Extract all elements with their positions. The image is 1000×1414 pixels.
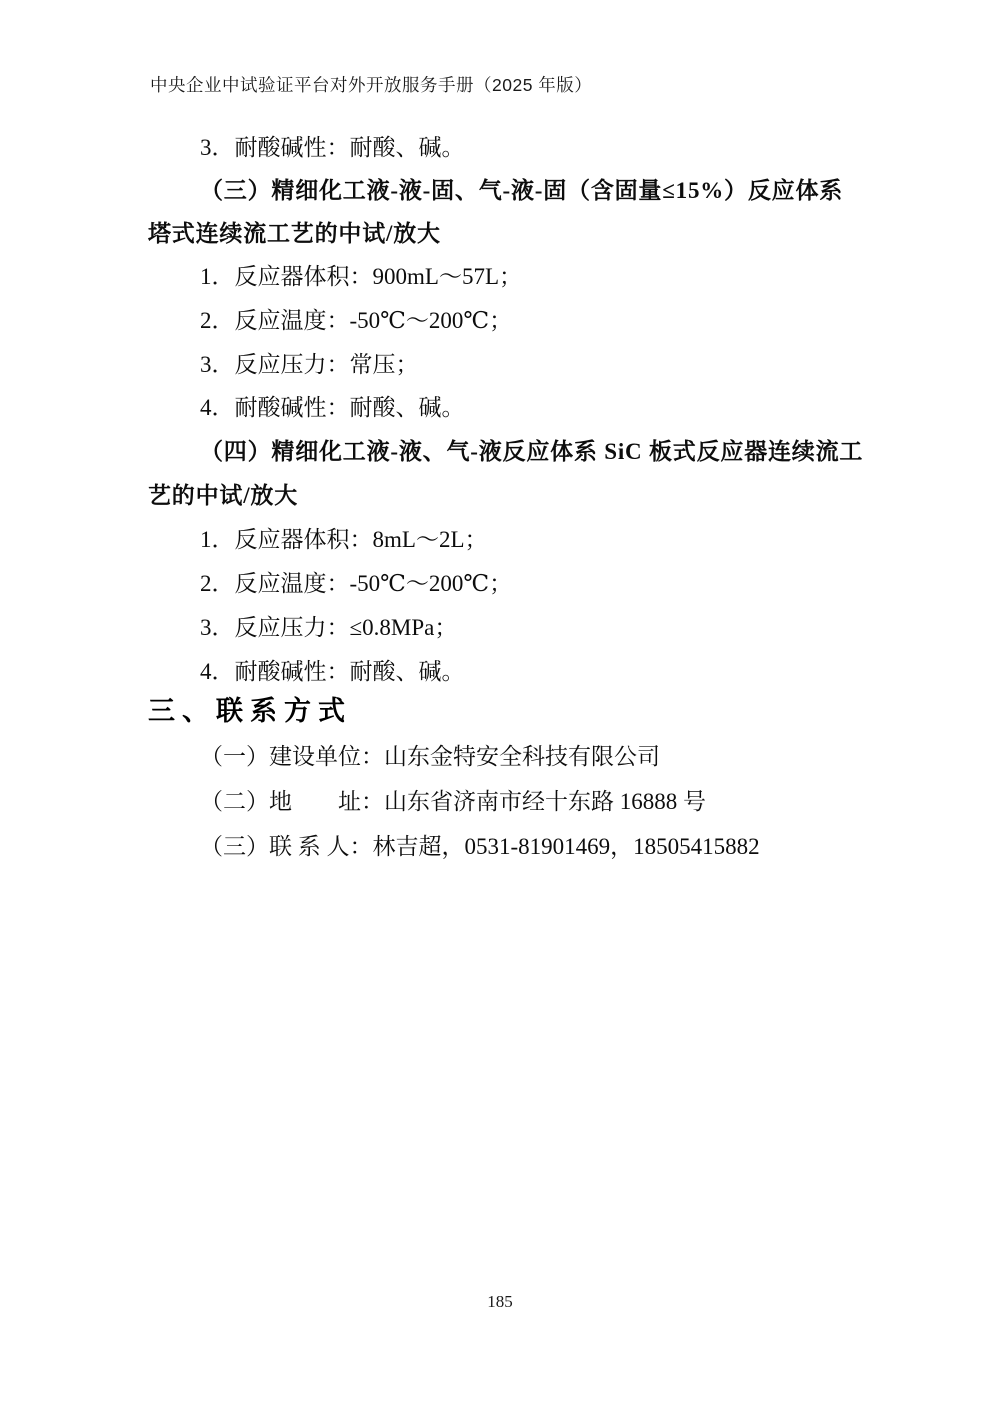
section-3-title-line-2: 塔式连续流工艺的中试/放大 [148, 219, 864, 249]
section-4-spec-item: 4．耐酸碱性：耐酸、碱。 [200, 657, 864, 687]
section-4-spec-item: 2．反应温度：-50℃～200℃； [200, 569, 864, 599]
section-3-spec-item: 3．反应压力：常压； [200, 350, 864, 380]
section-4-title-line-2: 艺的中试/放大 [148, 481, 864, 511]
section-4-spec-item: 1．反应器体积：8mL～2L； [200, 525, 864, 555]
contact-section-heading: 三、联系方式 [148, 694, 352, 728]
contact-item-person: （三）联 系 人：林吉超，0531-81901469，18505415882 [200, 832, 864, 862]
contact-item-company: （一）建设单位：山东金特安全科技有限公司 [200, 742, 864, 772]
spec-item-acid-alkali: 3．耐酸碱性：耐酸、碱。 [200, 133, 864, 163]
section-3-title-line-1: （三）精细化工液-液-固、气-液-固（含固量≤15%）反应体系 [200, 176, 864, 206]
document-page: 中央企业中试验证平台对外开放服务手册（2025 年版） 3．耐酸碱性：耐酸、碱。… [0, 0, 1000, 1414]
section-3-spec-item: 4．耐酸碱性：耐酸、碱。 [200, 393, 864, 423]
section-4-title-line-1: （四）精细化工液-液、气-液反应体系 SiC 板式反应器连续流工 [200, 437, 864, 467]
section-4-spec-item: 3．反应压力：≤0.8MPa； [200, 613, 864, 643]
document-header-title: 中央企业中试验证平台对外开放服务手册（2025 年版） [150, 72, 592, 98]
section-3-spec-item: 1．反应器体积：900mL～57L； [200, 262, 864, 292]
section-3-spec-item: 2．反应温度：-50℃～200℃； [200, 306, 864, 336]
contact-item-address: （二）地 址：山东省济南市经十东路 16888 号 [200, 787, 864, 817]
page-number: 185 [0, 1290, 1000, 1314]
